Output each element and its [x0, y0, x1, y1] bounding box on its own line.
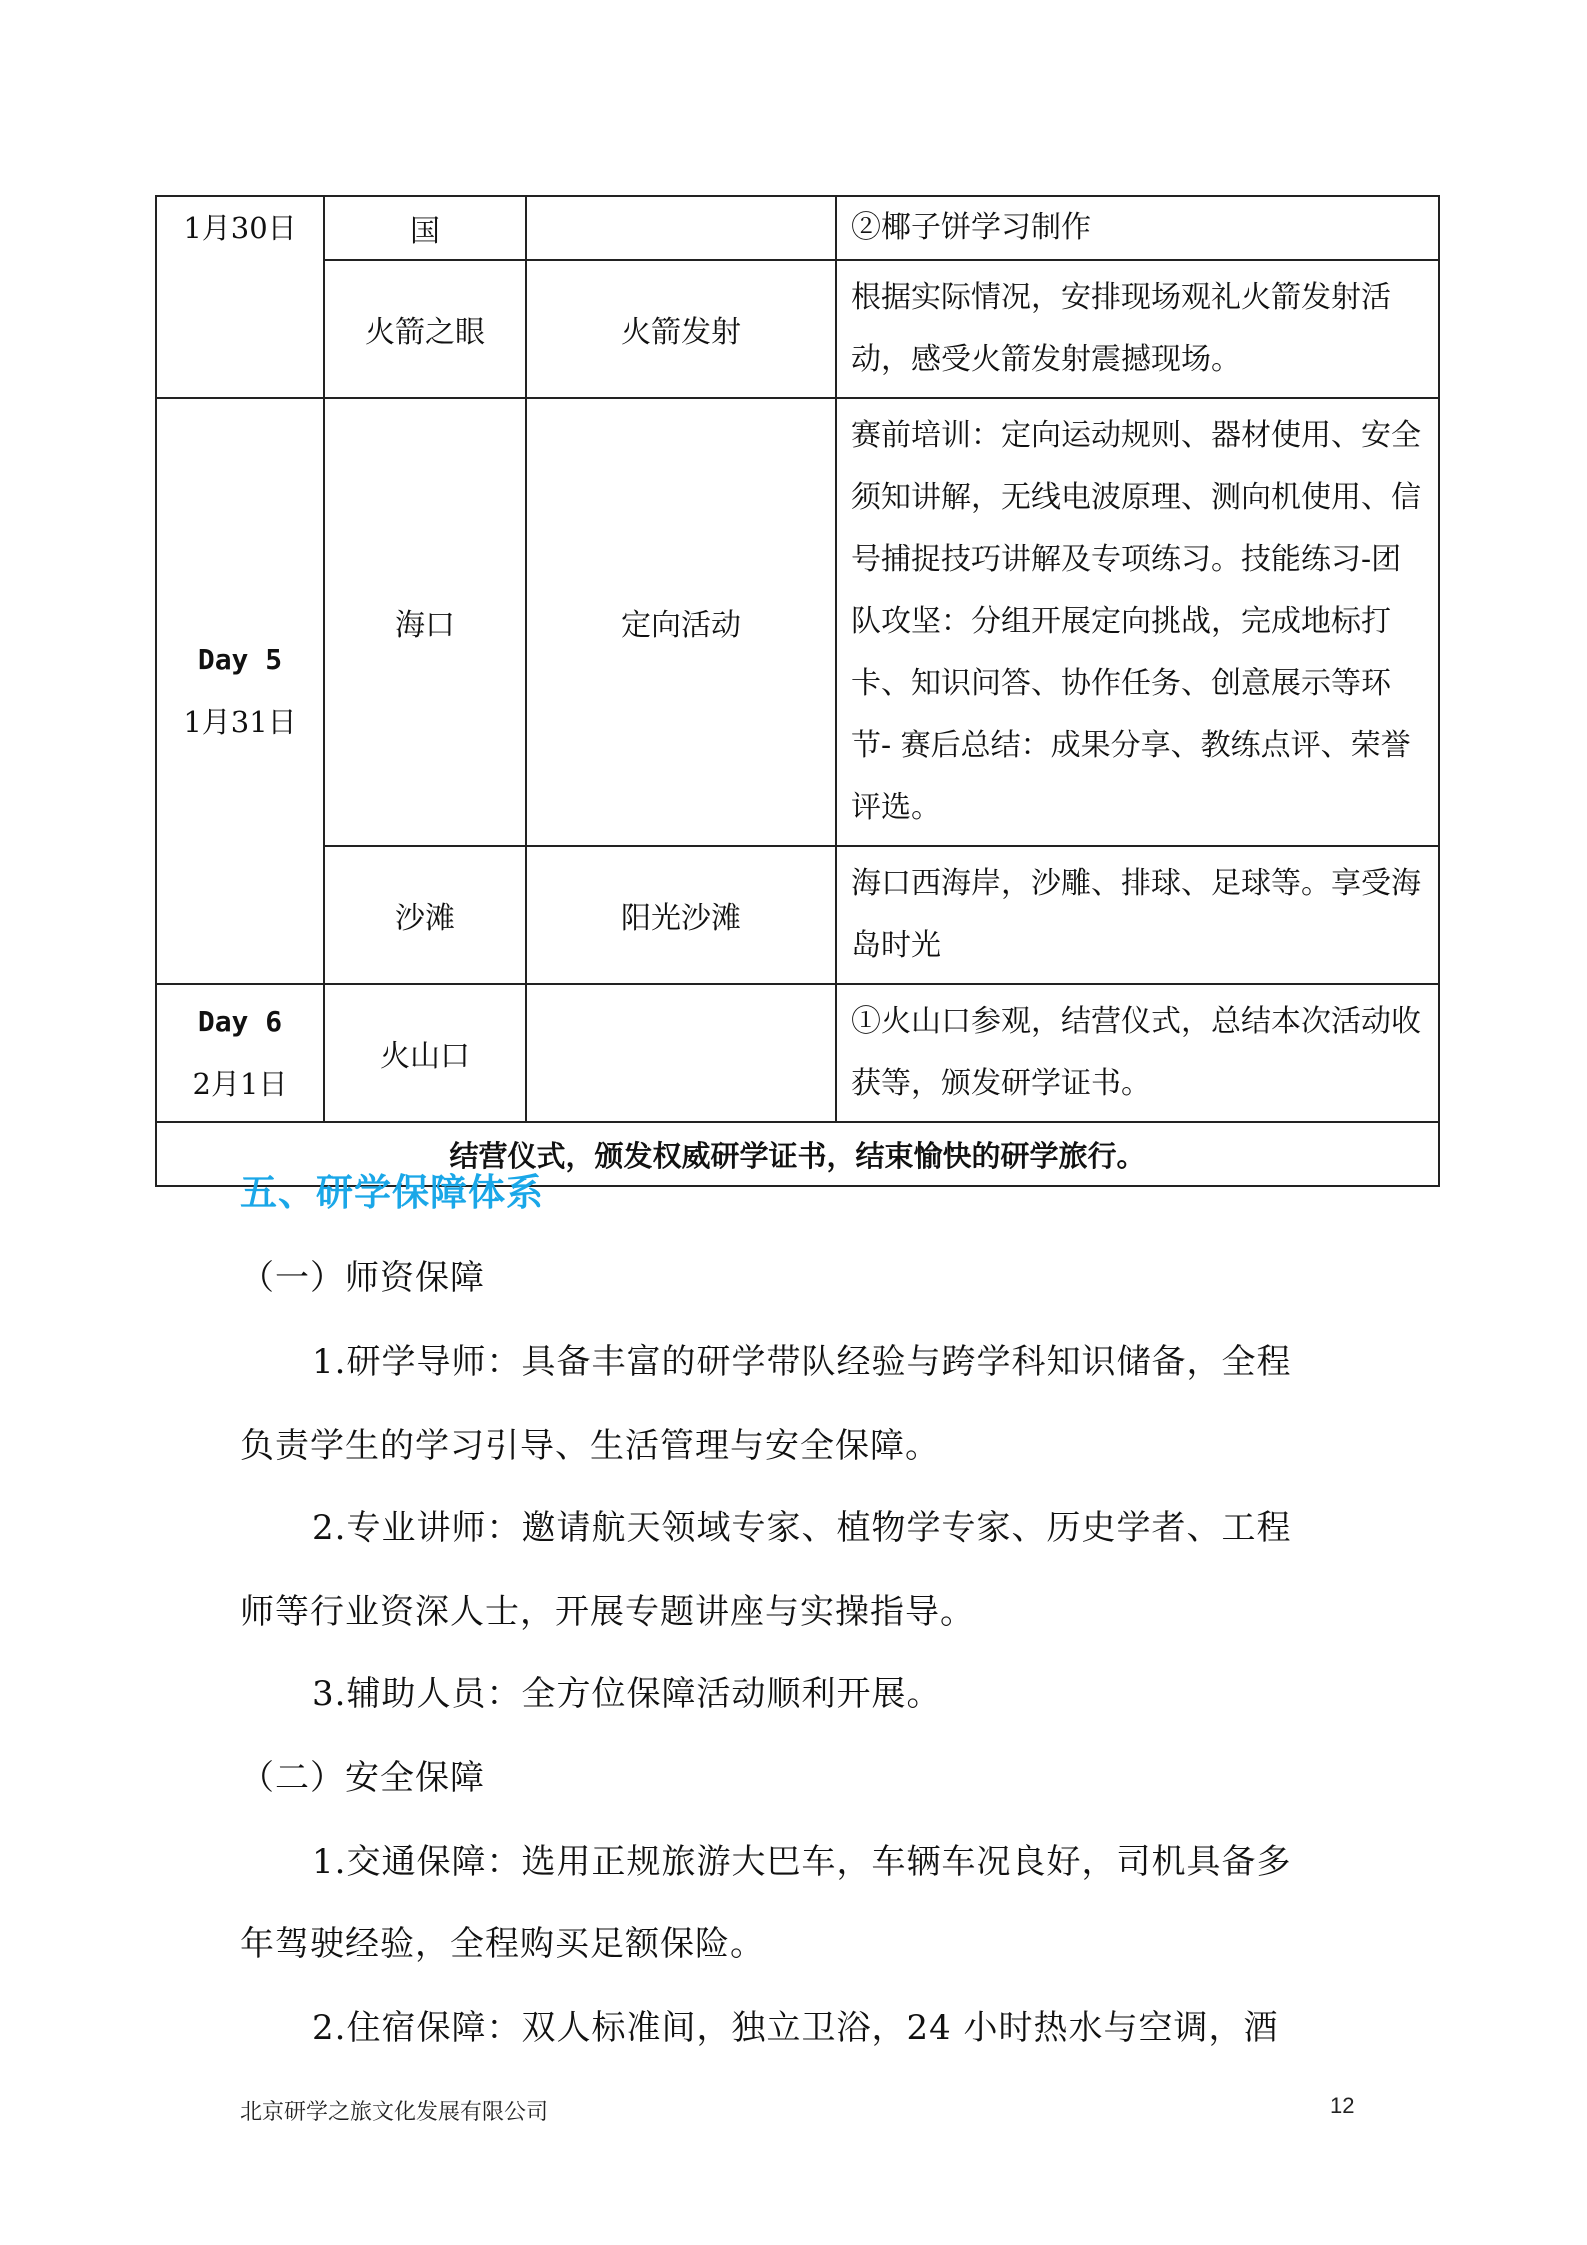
place-cell: 海口	[324, 398, 526, 846]
day-cell: 1月30日	[156, 196, 324, 398]
description-cell: ②椰子饼学习制作	[836, 196, 1439, 260]
activity-cell: 定向活动	[526, 398, 836, 846]
description-cell: 海口西海岸，沙雕、排球、足球等。享受海岛时光	[836, 846, 1439, 984]
paragraph-line: 2.专业讲师：邀请航天领域专家、植物学专家、历史学者、工程	[312, 1500, 1291, 1549]
place-cell: 火山口	[324, 984, 526, 1122]
date-label: 1月31日	[157, 691, 323, 753]
paragraph-line: 2.住宿保障：双人标准间，独立卫浴，24 小时热水与空调，酒	[312, 2000, 1279, 2049]
paragraph-line: 3.辅助人员：全方位保障活动顺利开展。	[312, 1666, 941, 1715]
day-label: Day 5	[157, 629, 323, 691]
table-row: 火箭之眼 火箭发射 根据实际情况，安排现场观礼火箭发射活动，感受火箭发射震撼现场…	[156, 260, 1439, 398]
footer-company: 北京研学之旅文化发展有限公司	[240, 2095, 548, 2126]
paragraph-line: 年驾驶经验，全程购买足额保险。	[240, 1916, 765, 1965]
date-label: 2月1日	[157, 1053, 323, 1115]
day-cell: Day 5 1月31日	[156, 398, 324, 984]
place-cell: 沙滩	[324, 846, 526, 984]
paragraph-line: 师等行业资深人士，开展专题讲座与实操指导。	[240, 1584, 975, 1633]
description-cell: 根据实际情况，安排现场观礼火箭发射活动，感受火箭发射震撼现场。	[836, 260, 1439, 398]
activity-cell	[526, 196, 836, 260]
activity-cell: 火箭发射	[526, 260, 836, 398]
place-cell: 国	[324, 196, 526, 260]
table-row: 1月30日 国 ②椰子饼学习制作	[156, 196, 1439, 260]
paragraph-line: 负责学生的学习引导、生活管理与安全保障。	[240, 1418, 940, 1467]
description-cell: ①火山口参观，结营仪式，总结本次活动收获等，颁发研学证书。	[836, 984, 1439, 1122]
place-cell: 火箭之眼	[324, 260, 526, 398]
page-number: 12	[1330, 2093, 1354, 2119]
date-label: 1月30日	[157, 197, 323, 259]
table-row: 沙滩 阳光沙滩 海口西海岸，沙雕、排球、足球等。享受海岛时光	[156, 846, 1439, 984]
table-row: Day 5 1月31日 海口 定向活动 赛前培训：定向运动规则、器材使用、安全须…	[156, 398, 1439, 846]
paragraph-line: 1.研学导师：具备丰富的研学带队经验与跨学科知识储备，全程	[312, 1334, 1291, 1383]
section-heading: 五、研学保障体系	[240, 1162, 544, 1216]
day-label: Day 6	[157, 991, 323, 1053]
paragraph-line: 1.交通保障：选用正规旅游大巴车，车辆车况良好，司机具备多	[312, 1834, 1291, 1883]
subheading-safety: （二）安全保障	[240, 1750, 485, 1799]
itinerary-table: 1月30日 国 ②椰子饼学习制作 火箭之眼 火箭发射 根据实际情况，安排现场观礼…	[155, 195, 1440, 1187]
document-page: 1月30日 国 ②椰子饼学习制作 火箭之眼 火箭发射 根据实际情况，安排现场观礼…	[0, 0, 1587, 2245]
subheading-faculty: （一）师资保障	[240, 1250, 485, 1299]
description-cell: 赛前培训：定向运动规则、器材使用、安全须知讲解，无线电波原理、测向机使用、信号捕…	[836, 398, 1439, 846]
table-row: Day 6 2月1日 火山口 ①火山口参观，结营仪式，总结本次活动收获等，颁发研…	[156, 984, 1439, 1122]
activity-cell: 阳光沙滩	[526, 846, 836, 984]
day-cell: Day 6 2月1日	[156, 984, 324, 1122]
activity-cell	[526, 984, 836, 1122]
